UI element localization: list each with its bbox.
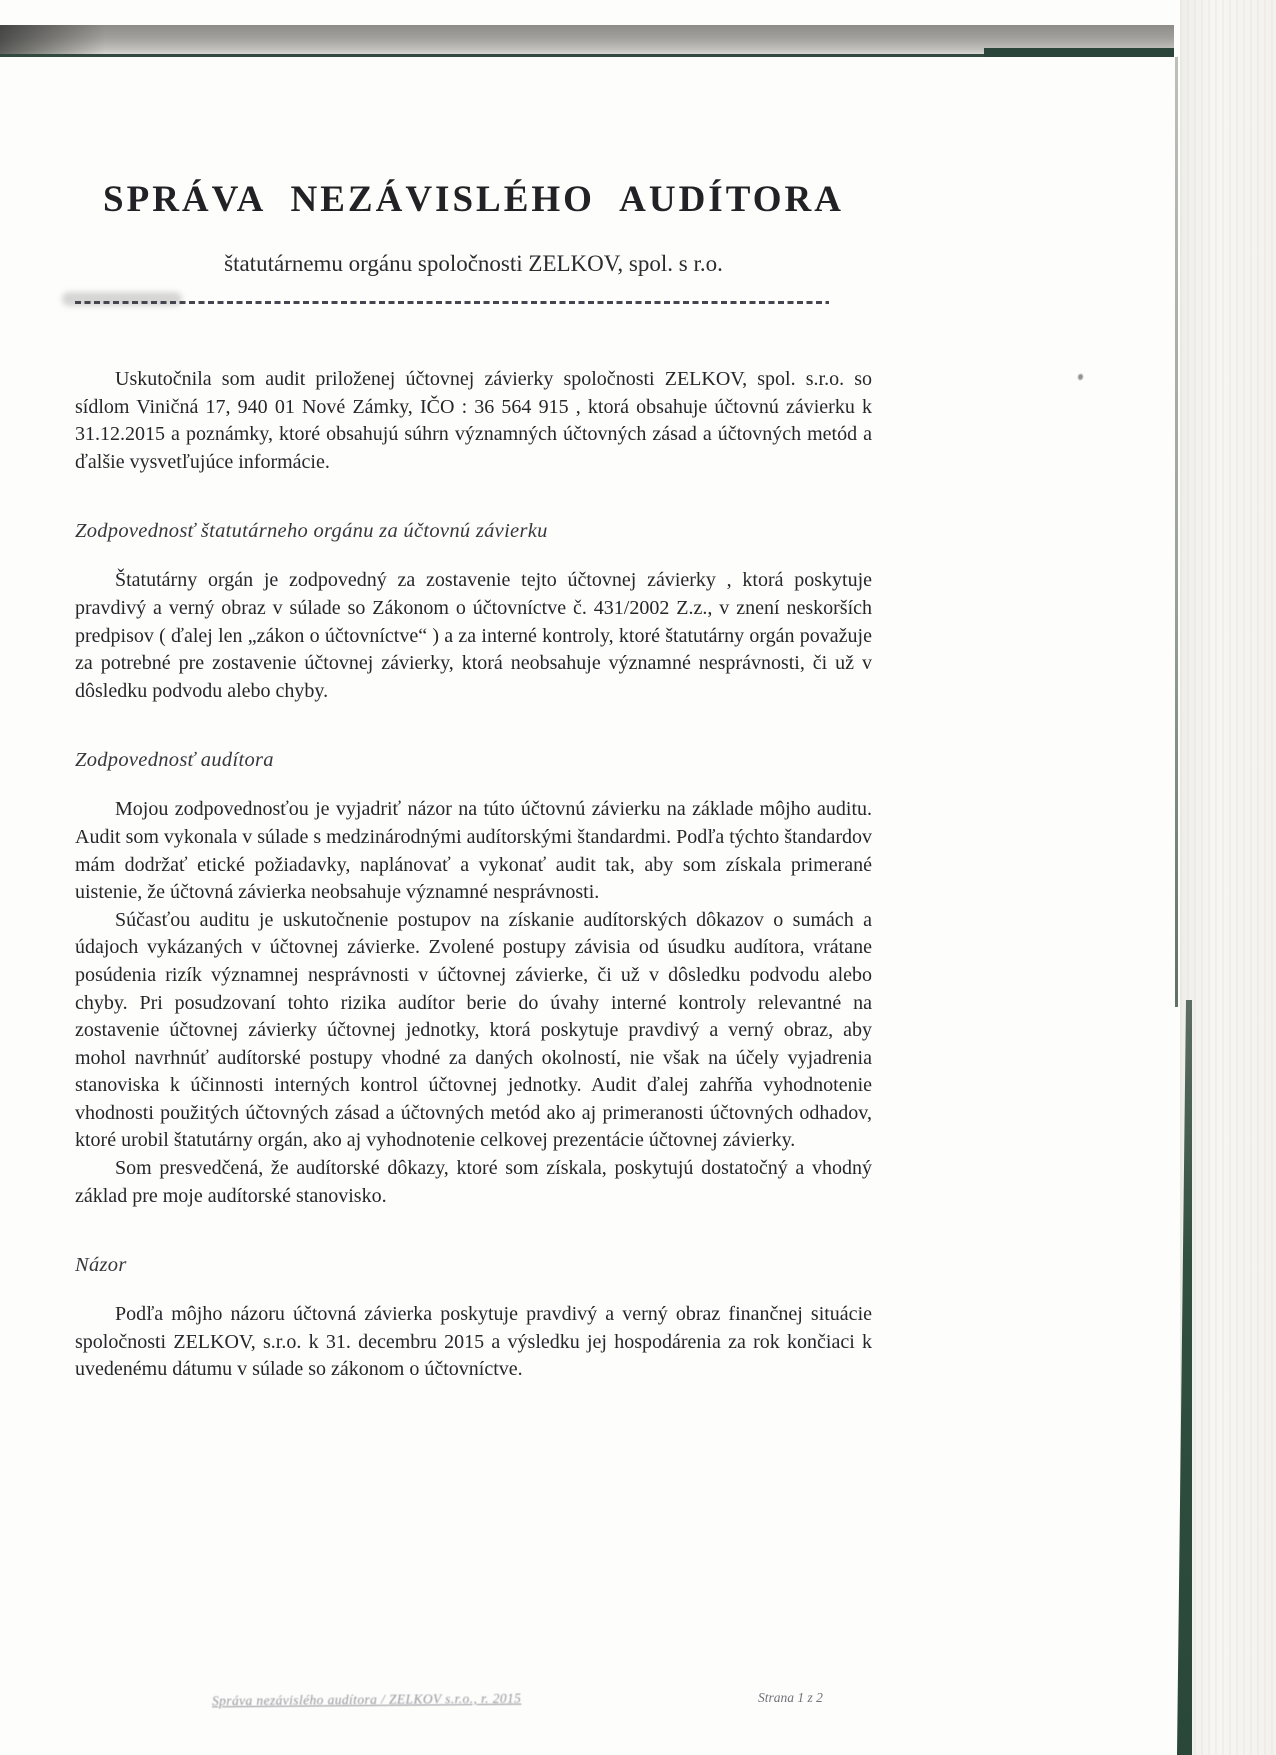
footer-page-number: Strana 1 z 2 — [758, 1690, 823, 1706]
auditor-responsibility-paragraph-1: Mojou zodpovednosťou je vyjadriť názor n… — [75, 796, 872, 906]
opinion-paragraph: Podľa môjho názoru účtovná závierka posk… — [75, 1301, 872, 1384]
dashed-divider — [75, 301, 829, 304]
section-heading-management-responsibility: Zodpovednosť štatutárneho orgánu za účto… — [75, 520, 872, 543]
auditor-responsibility-paragraph-3: Som presvedčená, že audítorské dôkazy, k… — [75, 1155, 872, 1210]
report-title: SPRÁVA NEZÁVISLÉHO AUDÍTORA — [75, 178, 872, 221]
footer-document-label: Správa nezávislého audítora / ZELKOV s.r… — [212, 1691, 521, 1710]
scan-background-right — [1180, 0, 1276, 1755]
scan-artifact-page-edge-line — [1175, 57, 1178, 1007]
scanned-document-page: SPRÁVA NEZÁVISLÉHO AUDÍTORA štatutárnemu… — [0, 0, 1276, 1755]
section-heading-auditor-responsibility: Zodpovednosť audítora — [75, 749, 872, 772]
report-addressee: štatutárnemu orgánu spoločnosti ZELKOV, … — [75, 251, 872, 277]
intro-paragraph: Uskutočnila som audit priloženej účtovne… — [75, 366, 872, 476]
auditor-responsibility-paragraph-2: Súčasťou auditu je uskutočnenie postupov… — [75, 907, 872, 1155]
scan-speck — [1078, 374, 1083, 380]
section-heading-opinion: Názor — [75, 1254, 872, 1277]
document-body: SPRÁVA NEZÁVISLÉHO AUDÍTORA štatutárnemu… — [75, 0, 872, 1384]
management-responsibility-paragraph: Štatutárny orgán je zodpovedný za zostav… — [75, 567, 872, 705]
